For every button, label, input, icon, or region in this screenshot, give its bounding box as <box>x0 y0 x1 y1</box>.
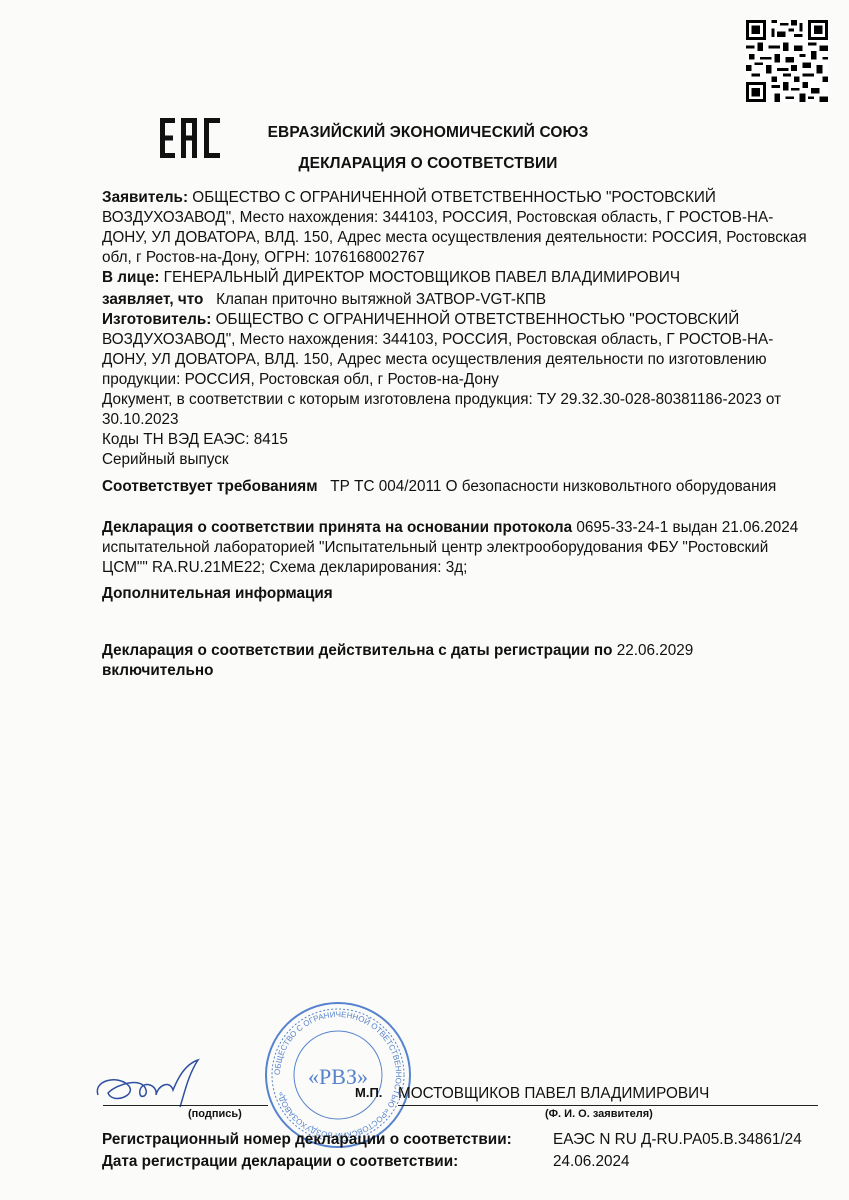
requirements-label: Соответствует требованиям <box>102 478 318 495</box>
product-section: заявляет, что Клапан приточно вытяжной З… <box>102 290 812 497</box>
release-type: Серийный выпуск <box>102 450 812 470</box>
applicant-paragraph: Заявитель: ОБЩЕСТВО С ОГРАНИЧЕННОЙ ОТВЕТ… <box>102 188 812 268</box>
represented-by-paragraph: В лице: ГЕНЕРАЛЬНЫЙ ДИРЕКТОР МОСТОВЩИКОВ… <box>102 268 812 288</box>
seal-place-label: М.П. <box>355 1085 382 1100</box>
manufacturer-paragraph: Изготовитель: ОБЩЕСТВО С ОГРАНИЧЕННОЙ ОТ… <box>102 310 812 390</box>
applicant-text: ОБЩЕСТВО С ОГРАНИЧЕННОЙ ОТВЕТСТВЕННОСТЬЮ… <box>102 189 807 266</box>
product-name: Клапан приточно вытяжной ЗАТВОР-VGT-КПВ <box>216 291 546 308</box>
requirements-paragraph: Соответствует требованиям ТР ТС 004/2011… <box>102 477 812 497</box>
union-title: ЕВРАЗИЙСКИЙ ЭКОНОМИЧЕСКИЙ СОЮЗ <box>128 124 728 142</box>
manufacturer-label: Изготовитель: <box>102 311 211 328</box>
validity-section: Декларация о соответствии действительна … <box>102 641 812 681</box>
requirements-text: ТР ТС 004/2011 О безопасности низковольт… <box>330 478 776 495</box>
company-stamp-icon: ОБЩЕСТВО С ОГРАНИЧЕННОЙ ОТВЕТСТВЕННОСТЬЮ… <box>263 1000 413 1150</box>
signatory-name: МОСТОВЩИКОВ ПАВЕЛ ВЛАДИМИРОВИЧ <box>398 1085 709 1103</box>
registration-number-value: ЕАЭС N RU Д-RU.РА05.В.34861/24 <box>553 1131 802 1149</box>
validity-date: 22.06.2029 <box>613 642 694 659</box>
validity-label: Декларация о соответствии действительна … <box>102 642 613 659</box>
additional-info-label: Дополнительная информация <box>102 584 812 604</box>
signature-caption: (подпись) <box>188 1108 242 1120</box>
basis-paragraph: Декларация о соответствии принята на осн… <box>102 518 812 578</box>
document-title: ДЕКЛАРАЦИЯ О СООТВЕТСТВИИ <box>128 155 728 173</box>
basis-section: Декларация о соответствии принята на осн… <box>102 518 812 604</box>
name-line <box>398 1105 818 1106</box>
declares-label: заявляет, что <box>102 291 203 308</box>
qr-code-icon <box>746 20 828 102</box>
represented-by-label: В лице: <box>102 269 159 286</box>
registration-date-label: Дата регистрации декларации о соответств… <box>102 1153 458 1171</box>
applicant-section: Заявитель: ОБЩЕСТВО С ОГРАНИЧЕННОЙ ОТВЕТ… <box>102 188 812 288</box>
hs-codes: Коды ТН ВЭД ЕАЭС: 8415 <box>102 430 812 450</box>
registration-date-value: 24.06.2024 <box>553 1153 630 1171</box>
basis-label: Декларация о соответствии принята на осн… <box>102 519 572 536</box>
validity-paragraph: Декларация о соответствии действительна … <box>102 641 812 661</box>
product-document: Документ, в соответствии с которым изгот… <box>102 390 812 430</box>
registration-number-label: Регистрационный номер декларации о соотв… <box>102 1131 512 1149</box>
name-caption: (Ф. И. О. заявителя) <box>545 1108 653 1120</box>
signature-icon <box>88 1055 248 1115</box>
applicant-label: Заявитель: <box>102 189 188 206</box>
validity-suffix: включительно <box>102 661 812 681</box>
represented-by-text: ГЕНЕРАЛЬНЫЙ ДИРЕКТОР МОСТОВЩИКОВ ПАВЕЛ В… <box>159 269 680 286</box>
signature-line <box>103 1105 268 1106</box>
declares-paragraph: заявляет, что Клапан приточно вытяжной З… <box>102 290 812 310</box>
